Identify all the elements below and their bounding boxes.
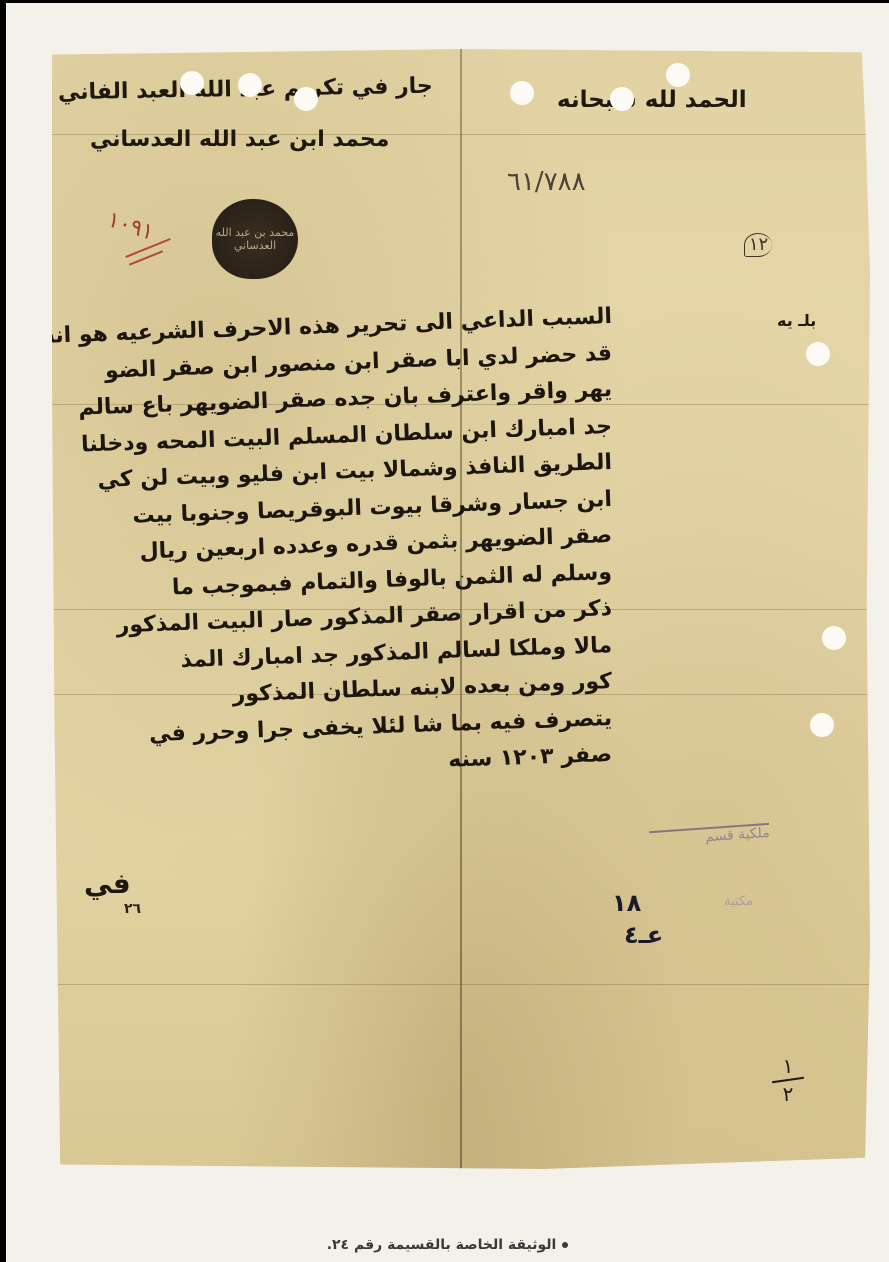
annotation-number: ١٨ [612, 889, 641, 917]
punch-hole [822, 626, 846, 650]
document-caption: الوثيقة الخاصة بالقسيمة رقم ٢٤. [6, 1237, 889, 1253]
library-stamp: ملكية قسم [649, 823, 771, 857]
punch-hole [806, 342, 830, 366]
punch-hole [238, 73, 262, 97]
signature-number: ٢٦ [124, 901, 141, 917]
margin-note: بلـ يه [777, 311, 816, 330]
punch-hole [180, 71, 204, 95]
bullet-icon [562, 1242, 568, 1248]
punch-hole [294, 87, 318, 111]
fraction-bottom: ٢ [783, 1082, 794, 1106]
fraction-top: ١ [783, 1054, 794, 1078]
caption-text: الوثيقة الخاصة بالقسيمة رقم ٢٤. [327, 1237, 557, 1253]
page-frame: جار في تكريم عبد الله العبد الفاني محمد … [6, 3, 889, 1262]
fraction-mark: ١ ٢ [768, 1057, 808, 1103]
seal-stamp: محمد بن عبد الله العدساني [212, 199, 298, 279]
horizontal-fold-line [52, 984, 870, 985]
margin-page-number: ١٢ [744, 233, 772, 257]
signature-mark: في [84, 867, 131, 900]
red-inventory-number: ١٠٩١ [104, 207, 157, 245]
punch-hole [666, 63, 690, 87]
seal-text: محمد بن عبد الله العدساني [212, 226, 298, 252]
punch-hole [610, 87, 634, 111]
punch-hole [510, 81, 534, 105]
library-stamp-sub: مكتبة [724, 894, 753, 909]
document-body: السبب الداعي الى تحرير هذه الاحرف الشرعي… [52, 299, 612, 774]
punch-hole [810, 713, 834, 737]
header-right-invocation: الحمد لله سبحانه [557, 87, 747, 113]
annotation-code: عـ٤ [624, 921, 663, 949]
catalog-number: ٦١/٧٨٨ [507, 167, 586, 197]
manuscript-document: جار في تكريم عبد الله العبد الفاني محمد … [52, 49, 870, 1169]
header-left-line2: محمد ابن عبد الله العدساني [90, 127, 389, 152]
